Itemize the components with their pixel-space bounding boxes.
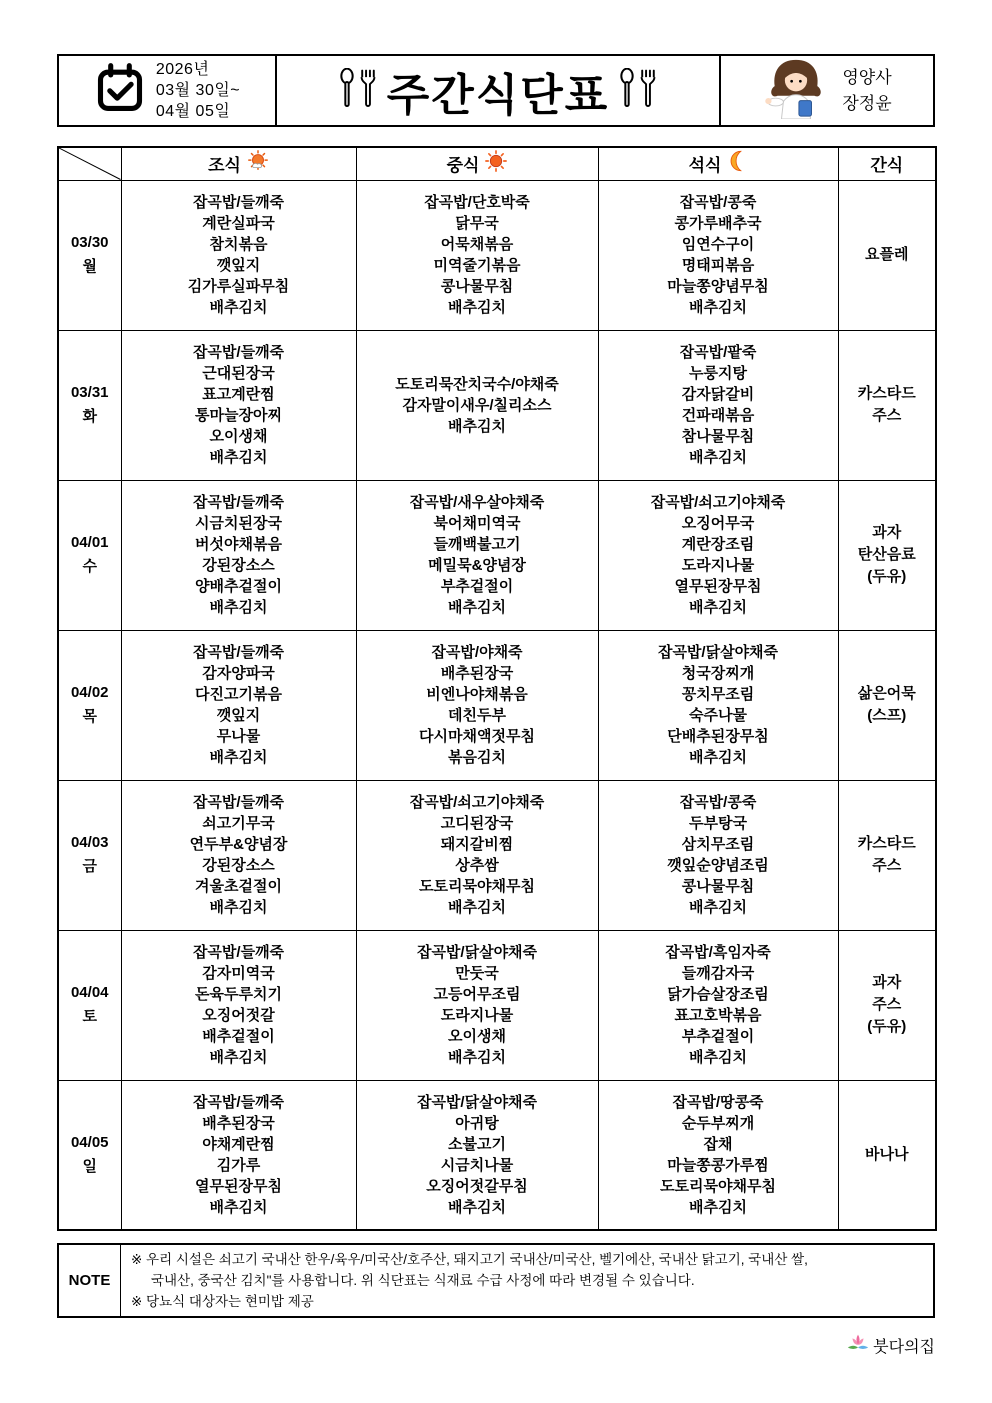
column-header-snack: 간식: [838, 147, 936, 180]
day-cell: 04/03 금: [58, 780, 121, 930]
day-cell: 04/02 목: [58, 630, 121, 780]
lunch-menu: 잡곡밥/야채죽 배추된장국 비엔나야채볶음 데친두부 다시마채액젓무침 볶음김치: [356, 630, 598, 780]
day-date: 03/31: [59, 381, 121, 405]
cutlery-right: [619, 68, 657, 113]
column-header-row: 조식: [58, 147, 936, 180]
facility-name: 붓다의집: [873, 1334, 935, 1357]
breakfast-menu: 잡곡밥/들깨죽 감자양파국 다진고기볶음 깻잎지 무나물 배추김치: [121, 630, 356, 780]
note-line-1: ※ 우리 시설은 쇠고기 국내산 한우/육우/미국산/호주산, 돼지고기 국내산…: [131, 1249, 923, 1270]
breakfast-menu: 잡곡밥/들깨죽 시금치된장국 버섯야채볶음 강된장소스 양배추겉절이 배추김치: [121, 480, 356, 630]
day-date: 04/03: [59, 831, 121, 855]
staff-section: 영양사 장정윤: [721, 56, 933, 125]
dinner-menu: 잡곡밥/콩죽 두부탕국 삼치무조림 깻잎순양념조림 콩나물무침 배추김치: [598, 780, 838, 930]
fork-icon: [359, 68, 377, 113]
note-text: ※ 우리 시설은 쇠고기 국내산 한우/육우/미국산/호주산, 돼지고기 국내산…: [121, 1245, 933, 1316]
breakfast-label: 조식: [208, 151, 241, 176]
fork-icon: [639, 68, 657, 113]
breakfast-menu: 잡곡밥/들깨죽 계란실파국 참치볶음 깻잎지 김가루실파무침 배추김치: [121, 180, 356, 330]
day-name: 일: [59, 1155, 121, 1179]
calendar-check-icon: [94, 62, 146, 119]
dinner-menu: 잡곡밥/땅콩죽 순두부찌개 잡채 마늘쫑콩가루찜 도토리묵야채무침 배추김치: [598, 1080, 838, 1230]
snack-label: 간식: [870, 151, 903, 176]
sunrise-icon: [247, 150, 269, 177]
spoon-icon: [339, 68, 355, 113]
snack-menu: 삶은어묵 (스프): [838, 630, 936, 780]
snack-menu: 요플레: [838, 180, 936, 330]
day-cell: 03/30 월: [58, 180, 121, 330]
menu-table: 조식: [57, 146, 937, 1231]
spoon-icon: [619, 68, 635, 113]
staff-name: 장정윤: [842, 91, 891, 117]
snack-menu: 카스타드 주스: [838, 330, 936, 480]
day-cell: 04/01 수: [58, 480, 121, 630]
day-name: 목: [59, 705, 121, 729]
menu-row-sat: 04/04 토 잡곡밥/들깨죽 감자미역국 돈육두루치기 오징어젓갈 배추겉절이…: [58, 930, 936, 1080]
menu-row-fri: 04/03 금 잡곡밥/들깨죽 쇠고기무국 연두부&양념장 강된장소스 겨울초겉…: [58, 780, 936, 930]
breakfast-menu: 잡곡밥/들깨죽 근대된장국 표고계란찜 통마늘장아찌 오이생채 배추김치: [121, 330, 356, 480]
dinner-menu: 잡곡밥/닭살야채죽 청국장찌개 꽁치무조림 숙주나물 단배추된장무침 배추김치: [598, 630, 838, 780]
lunch-label: 중식: [447, 151, 480, 176]
snack-menu: 카스타드 주스: [838, 780, 936, 930]
date-line-year: 2026년: [156, 59, 240, 80]
date-line-start: 03월 30일~: [156, 80, 240, 101]
breakfast-menu: 잡곡밥/들깨죽 감자미역국 돈육두루치기 오징어젓갈 배추겉절이 배추김치: [121, 930, 356, 1080]
date-section: 2026년 03월 30일~ 04월 05일: [59, 56, 275, 125]
dinner-menu: 잡곡밥/팥죽 누룽지탕 감자닭갈비 건파래볶음 참나물무침 배추김치: [598, 330, 838, 480]
day-date: 04/01: [59, 531, 121, 555]
weekly-menu-page: 2026년 03월 30일~ 04월 05일: [0, 0, 992, 1403]
breakfast-menu: 잡곡밥/들깨죽 쇠고기무국 연두부&양념장 강된장소스 겨울초겉절이 배추김치: [121, 780, 356, 930]
diagonal-line: [59, 148, 121, 180]
day-name: 금: [59, 855, 121, 879]
facility-logo: 붓다의집: [846, 1333, 935, 1357]
corner-cell: [58, 147, 121, 180]
lunch-menu: 도토리묵잔치국수/야채죽 감자말이새우/칠리소스 배추김치: [356, 330, 598, 480]
day-cell: 04/05 일: [58, 1080, 121, 1230]
snack-menu: 과자 주스 (두유): [838, 930, 936, 1080]
lunch-menu: 잡곡밥/단호박죽 닭무국 어묵채볶음 미역줄기볶음 콩나물무침 배추김치: [356, 180, 598, 330]
moon-icon: [727, 150, 747, 177]
title-section: 주간식단표: [275, 56, 721, 125]
menu-row-mon: 03/30 월 잡곡밥/들깨죽 계란실파국 참치볶음 깻잎지 김가루실파무침 배…: [58, 180, 936, 330]
staff-role: 영양사: [842, 65, 891, 91]
menu-row-sun: 04/05 일 잡곡밥/들깨죽 배추된장국 야채계란찜 김가루 열무된장무침 배…: [58, 1080, 936, 1230]
menu-row-wed: 04/01 수 잡곡밥/들깨죽 시금치된장국 버섯야채볶음 강된장소스 양배추겉…: [58, 480, 936, 630]
staff-info: 영양사 장정윤: [842, 65, 891, 117]
breakfast-menu: 잡곡밥/들깨죽 배추된장국 야채계란찜 김가루 열무된장무침 배추김치: [121, 1080, 356, 1230]
dinner-menu: 잡곡밥/쇠고기야채죽 오징어무국 계란장조림 도라지나물 열무된장무침 배추김치: [598, 480, 838, 630]
column-header-dinner: 석식: [598, 147, 838, 180]
day-date: 04/05: [59, 1131, 121, 1155]
day-date: 04/02: [59, 681, 121, 705]
note-box: NOTE ※ 우리 시설은 쇠고기 국내산 한우/육우/미국산/호주산, 돼지고…: [57, 1243, 935, 1318]
dinner-menu: 잡곡밥/흑임자죽 들깨감자국 닭가슴살장조림 표고호박볶음 부추겉절이 배추김치: [598, 930, 838, 1080]
note-line-3: ※ 당뇨식 대상자는 현미밥 제공: [131, 1291, 923, 1312]
lotus-icon: [846, 1333, 870, 1357]
date-line-end: 04월 05일: [156, 101, 240, 122]
day-name: 토: [59, 1005, 121, 1029]
sun-icon: [485, 150, 507, 177]
page-title: 주간식단표: [387, 59, 610, 123]
note-label: NOTE: [59, 1245, 121, 1316]
column-header-lunch: 중식: [356, 147, 598, 180]
day-name: 화: [59, 405, 121, 429]
dinner-menu: 잡곡밥/콩죽 콩가루배추국 임연수구이 명태피볶음 마늘쫑양념무침 배추김치: [598, 180, 838, 330]
lunch-menu: 잡곡밥/새우살야채죽 북어채미역국 들깨백불고기 메밀묵&양념장 부추겉절이 배…: [356, 480, 598, 630]
dinner-label: 석식: [689, 151, 722, 176]
day-cell: 04/04 토: [58, 930, 121, 1080]
day-cell: 03/31 화: [58, 330, 121, 480]
header: 2026년 03월 30일~ 04월 05일: [57, 54, 935, 127]
snack-menu: 바나나: [838, 1080, 936, 1230]
day-name: 월: [59, 255, 121, 279]
column-header-breakfast: 조식: [121, 147, 356, 180]
lunch-menu: 잡곡밥/닭살야채죽 아귀탕 소불고기 시금치나물 오징어젓갈무침 배추김치: [356, 1080, 598, 1230]
nutritionist-avatar: [762, 57, 830, 124]
snack-menu: 과자 탄산음료 (두유): [838, 480, 936, 630]
lunch-menu: 잡곡밥/쇠고기야채죽 고디된장국 돼지갈비찜 상추쌈 도토리묵야채무침 배추김치: [356, 780, 598, 930]
day-date: 03/30: [59, 231, 121, 255]
menu-row-tue: 03/31 화 잡곡밥/들깨죽 근대된장국 표고계란찜 통마늘장아찌 오이생채 …: [58, 330, 936, 480]
date-range: 2026년 03월 30일~ 04월 05일: [156, 59, 240, 122]
menu-row-thu: 04/02 목 잡곡밥/들깨죽 감자양파국 다진고기볶음 깻잎지 무나물 배추김…: [58, 630, 936, 780]
cutlery-left: [339, 68, 377, 113]
day-date: 04/04: [59, 981, 121, 1005]
day-name: 수: [59, 555, 121, 579]
lunch-menu: 잡곡밥/닭살야채죽 만둣국 고등어무조림 도라지나물 오이생채 배추김치: [356, 930, 598, 1080]
note-line-2: 국내산, 중국산 김치"를 사용합니다. 위 식단표는 식재료 수급 사정에 따…: [131, 1270, 923, 1291]
